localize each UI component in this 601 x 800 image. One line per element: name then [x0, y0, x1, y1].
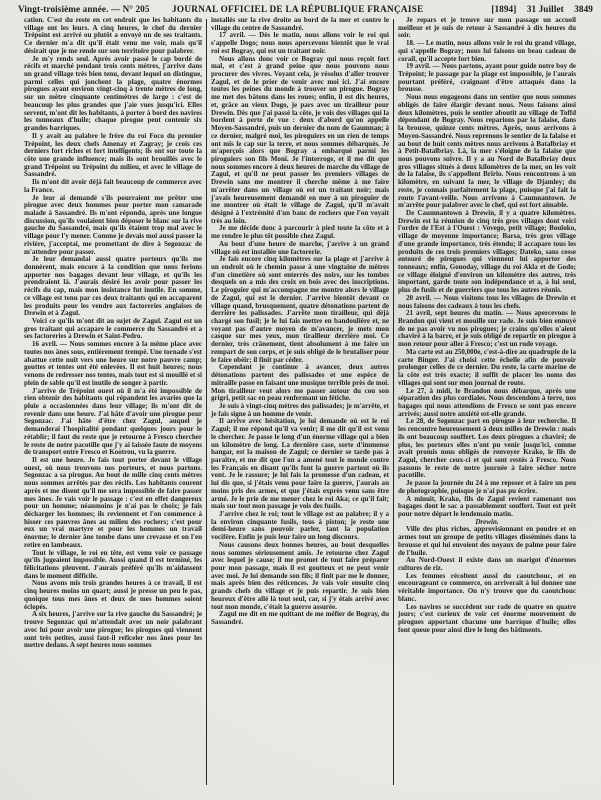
newspaper-title: JOURNAL OFFICIEL DE LA RÉPUBLIQUE FRANÇA…	[168, 4, 463, 14]
paragraph: 16 avril. — Nous sommes encore à la même…	[24, 341, 202, 387]
paragraph: J'arrive de Trépoint ouest où il m'a été…	[24, 388, 202, 457]
paragraph: Il est une heure. Je fais tout porter de…	[24, 457, 202, 550]
paragraph: Nous avons mis trois grandes heures à ce…	[24, 580, 202, 611]
date: 31 Juillet	[527, 4, 564, 14]
paragraph: installés sur la rive droite au bord de …	[211, 17, 389, 32]
paragraph: Je m'y rends seul. Après avoir passé le …	[24, 56, 202, 133]
paragraph: De Caumnantown à Drewin, il y a quatre k…	[398, 210, 576, 295]
article-columns: cation. C'est du reste en cet endroit qu…	[20, 17, 595, 797]
paragraph: Je leur ai demandé s'ils pourraient me p…	[24, 195, 202, 257]
paragraph: Je leur demandai aussi quatre porteurs q…	[24, 256, 202, 318]
paragraph: A six heures, j'arrive sur la rive gauch…	[24, 611, 202, 650]
column-3: Je repars et je trouve sur mon passage u…	[394, 17, 580, 797]
page-header: Vingt-troisième année. — N° 205 JOURNAL …	[18, 4, 593, 18]
paragraph: Il arrive avec hésitation, je lui demand…	[211, 418, 389, 511]
column-1: cation. C'est du reste en cet endroit qu…	[20, 17, 206, 797]
paragraph: 18. — Le matin, nous allons voir le roi …	[398, 40, 576, 63]
paragraph: Nous nous engageons dans un sentier que …	[398, 94, 576, 210]
paragraph: Voici ce qu'ils m'ont dit au sujet de Za…	[24, 318, 202, 341]
paragraph: Au Nord-Ouest il existe dans un marigot …	[398, 557, 576, 572]
paragraph: Au bout d'une heure de marche, j'arrive …	[211, 241, 389, 256]
paragraph: Je me décide donc à parcourir à pied tou…	[211, 225, 389, 240]
paragraph: Les navires se succèdent sur rade de qua…	[398, 604, 576, 635]
paragraph: Tout le village, le roi en tête, est ven…	[24, 550, 202, 581]
paragraph: Ils m'ont dit avoir déjà fait beaucoup d…	[24, 179, 202, 194]
paragraph: 19 avril. — Nous partons, ayant pour gui…	[398, 63, 576, 94]
paragraph: cation. C'est du reste en cet endroit qu…	[24, 17, 202, 56]
paragraph: Les femmes récoltent aussi du caoutchouc…	[398, 573, 576, 604]
paragraph: A minuit, Krako, fils de Zagul revient r…	[398, 496, 576, 519]
paragraph: 21 avril, sept heures du matin. — Nous a…	[398, 310, 576, 349]
paragraph: Je suis à vingt-cinq mètres des palissad…	[211, 403, 389, 418]
paragraph: Cependant je continue à avancer, deux au…	[211, 364, 389, 403]
paragraph: Ma carte est au 250,000e, c'est-à-dire a…	[398, 349, 576, 388]
year: [1894]	[491, 4, 516, 14]
issue-info: Vingt-troisième année. — N° 205	[18, 4, 168, 14]
paragraph: Il y avait au palabre le frère du roi Fo…	[24, 133, 202, 179]
paragraph: Le 27, à midi, le Brandon nous débarque,…	[398, 388, 576, 419]
paragraph: 20 avril. — Nous visitons tous les villa…	[398, 295, 576, 310]
paragraph: Zagul me dit en me quittant de me méfier…	[211, 611, 389, 626]
column-2: installés sur la rive droite au bord de …	[207, 17, 393, 797]
paragraph: Le 28, de Segonzac part en pirogue à leu…	[398, 418, 576, 480]
paragraph: Nous allons donc voir ce Bogray qui nous…	[211, 56, 389, 226]
paragraph: Je fais encore cinq kilomètres sur la pl…	[211, 256, 389, 364]
paragraph: J'arrive chez le roi; tout le village es…	[211, 511, 389, 542]
newspaper-page: Vingt-troisième année. — N° 205 JOURNAL …	[0, 0, 601, 800]
paragraph: Nous causons deux bonnes heures, au bout…	[211, 542, 389, 611]
paragraph: Je repars et je trouve sur mon passage u…	[398, 17, 576, 40]
paragraph: Je passe la journée du 24 à me reposer e…	[398, 480, 576, 495]
date-and-page: [1894] 31 Juillet 3849	[463, 4, 593, 14]
page-number: 3849	[574, 4, 593, 14]
paragraph: 17 avril. — Dès le matin, nous allons vo…	[211, 32, 389, 55]
paragraph: Ville des plus riches, approvisionnant e…	[398, 526, 576, 557]
